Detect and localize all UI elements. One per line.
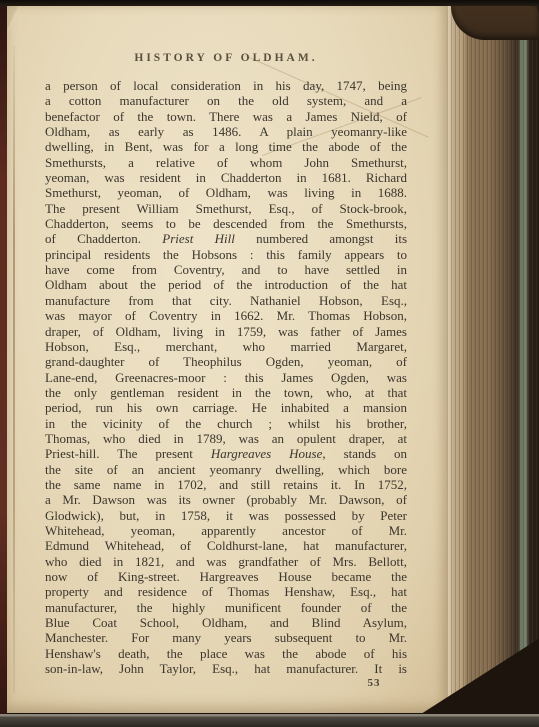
body-line: son-in-law, John Taylor, Esq., hat manuf… — [45, 661, 407, 676]
body-line: dwelling, in Bent, was for a long time t… — [45, 139, 407, 154]
book-cover-spine-edge — [0, 0, 7, 727]
body-line: Manchester. For many years subsequent to… — [45, 630, 407, 645]
body-line: benefactor of the town. There was a Jame… — [45, 109, 407, 124]
body-line: the site of an ancient yeomanry dwelling… — [45, 462, 407, 477]
body-line: Oldham about the period of the introduct… — [45, 277, 407, 292]
book-top-edge — [0, 0, 539, 6]
body-line: property and residence of Thomas Henshaw… — [45, 584, 407, 599]
body-line: The present William Smethurst, Esq., of … — [45, 201, 407, 216]
body-line: Henshaw's death, the place was the abode… — [45, 646, 407, 661]
body-line: Whitehead, yeoman, apparently ancestor o… — [45, 523, 407, 538]
body-text: a person of local consideration in his d… — [45, 78, 407, 676]
body-line: Smethursts, a relative of whom John Smet… — [45, 155, 407, 170]
body-line: Thomas, who died in 1789, was an opulent… — [45, 431, 407, 446]
book-page: HISTORY OF OLDHAM. a person of local con… — [7, 6, 448, 713]
body-line: in the vicinity of the church ; whilst h… — [45, 416, 407, 431]
body-line: a person of local consideration in his d… — [45, 78, 407, 93]
table-surface — [0, 714, 539, 727]
body-line: draper, of Oldham, living in 1759, was f… — [45, 324, 407, 339]
body-line: period, run his own carriage. He inhabit… — [45, 400, 407, 415]
body-line: Oldham, as early as 1486. A plain yeoman… — [45, 124, 407, 139]
body-line: Blue Coat School, Oldham, and Blind Asyl… — [45, 615, 407, 630]
body-line: Priest-hill. The present Hargreaves Hous… — [45, 446, 407, 461]
page-number: 53 — [359, 677, 389, 689]
page-crease — [13, 46, 15, 693]
body-line: Hobson, Esq., merchant, who married Marg… — [45, 339, 407, 354]
body-line: manufacturer, the highly munificent foun… — [45, 600, 407, 615]
body-line: the only gentleman resident in the town,… — [45, 385, 407, 400]
body-line: Lane-end, Greenacres-moor : this James O… — [45, 370, 407, 385]
body-line: a cotton manufacturer on the old system,… — [45, 93, 407, 108]
body-line: the same name in 1702, and still retains… — [45, 477, 407, 492]
body-line: a Mr. Dawson was its owner (probably Mr.… — [45, 492, 407, 507]
body-line: yeoman, was resident in Chadderton in 16… — [45, 170, 407, 185]
body-line: who died in 1821, and was grandfather of… — [45, 554, 407, 569]
body-line: manufacture from that city. Nathaniel Ho… — [45, 293, 407, 308]
body-line: Smethurst, yeoman, of Oldham, was living… — [45, 185, 407, 200]
body-line: Glodwick), but, in 1758, it was possesse… — [45, 508, 407, 523]
body-line: of Chadderton. Priest Hill numbered amon… — [45, 231, 407, 246]
body-line: was mayor of Coventry in 1662. Mr. Thoma… — [45, 308, 407, 323]
page-fore-edges — [447, 0, 539, 714]
body-line: Edmund Whitehead, of Coldhurst-lane, hat… — [45, 538, 407, 553]
body-line: Chadderton, seems to be descended from t… — [45, 216, 407, 231]
book-photo-scene: HISTORY OF OLDHAM. a person of local con… — [0, 0, 539, 727]
body-line: grand-daughter of Theophilus Ogden, yeom… — [45, 354, 407, 369]
running-header: HISTORY OF OLDHAM. — [45, 52, 407, 64]
body-line: now of King-street. Hargreaves House bec… — [45, 569, 407, 584]
body-line: principal residents the Hobsons : this f… — [45, 247, 407, 262]
body-line: have come from Coventry, and to have set… — [45, 262, 407, 277]
